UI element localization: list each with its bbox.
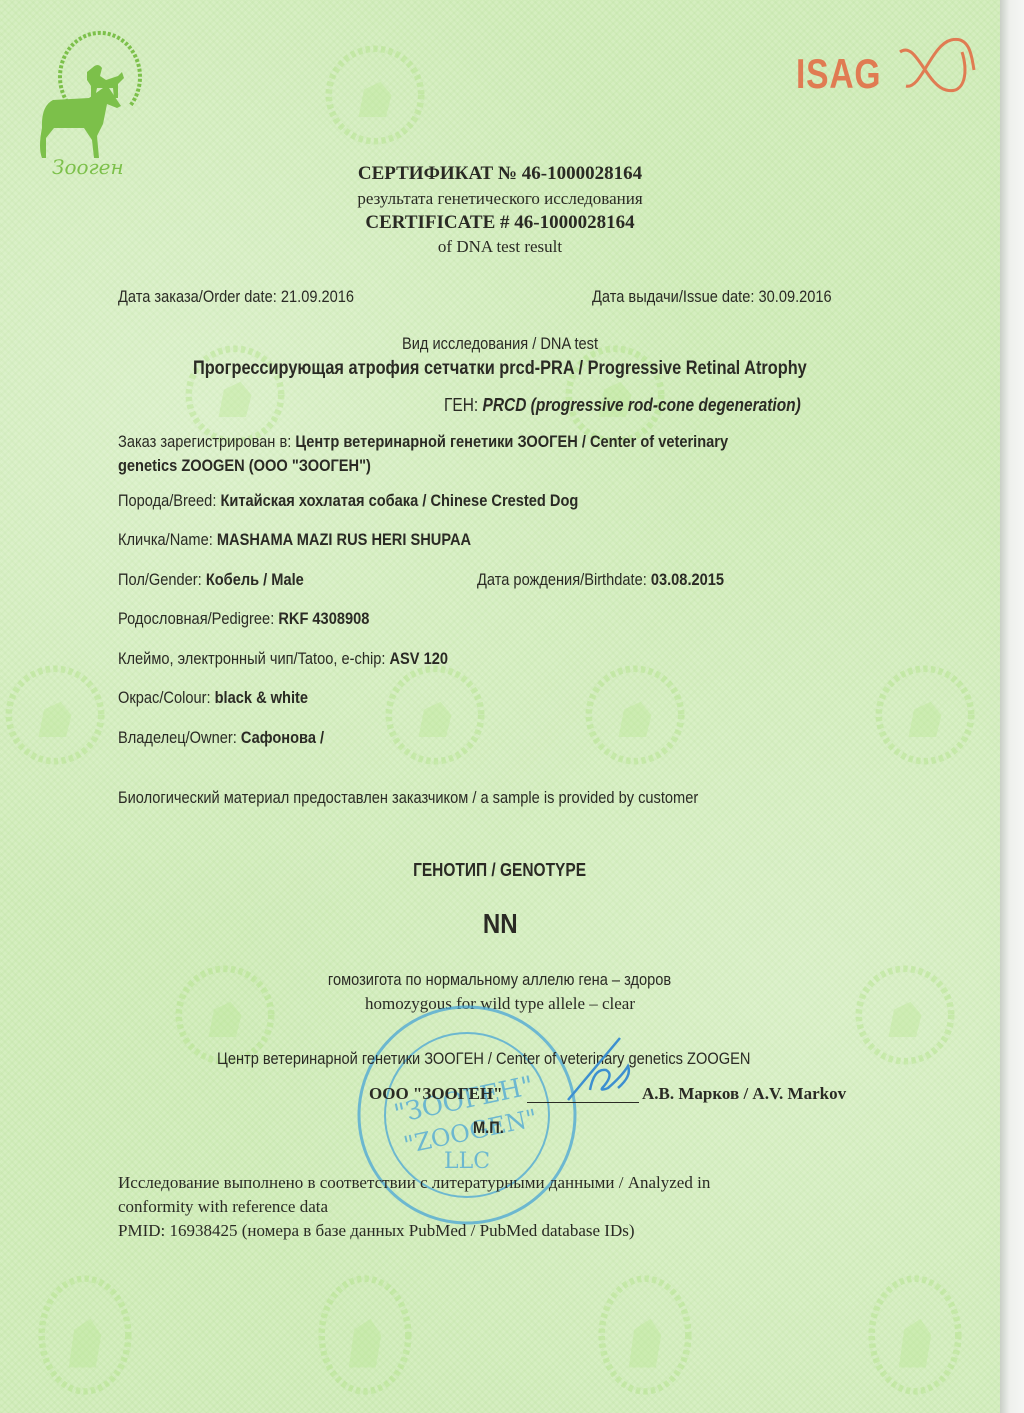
breed-value: Китайская хохлатая собака / Chinese Cres… bbox=[220, 491, 578, 510]
certificate-title-en: CERTIFICATE # 46-1000028164 bbox=[0, 212, 1000, 234]
registered-at: Заказ зарегистрирован в: Центр ветеринар… bbox=[118, 432, 827, 452]
chip-label: Клеймо, электронный чип/Tatoo, e-chip: bbox=[118, 649, 385, 668]
gene-label: ГЕН: bbox=[444, 395, 478, 415]
order-date: Дата заказа/Order date: 21.09.2016 bbox=[118, 287, 392, 307]
birthdate-value: 03.08.2015 bbox=[651, 570, 724, 589]
registered-label: Заказ зарегистрирован в: bbox=[118, 432, 291, 451]
owner-label: Владелец/Owner: bbox=[118, 728, 237, 747]
signoff-signer: А.В. Марков / A.V. Markov bbox=[642, 1084, 846, 1104]
gender: Пол/Gender: Кобель / Male bbox=[118, 570, 334, 590]
issue-date: Дата выдачи/Issue date: 30.09.2016 bbox=[592, 287, 871, 307]
watermark-emblem-icon bbox=[580, 660, 690, 770]
genotype-value: NN bbox=[0, 908, 1000, 941]
issue-date-value: 30.09.2016 bbox=[758, 287, 831, 306]
footer-pmid: PMID: 16938425 (номера в базе данных Pub… bbox=[118, 1221, 635, 1241]
certificate-subtitle-ru: результата генетического исследования bbox=[0, 189, 1000, 209]
chip-value: ASV 120 bbox=[389, 649, 448, 668]
isag-logo: ISAG bbox=[796, 50, 903, 98]
genotype-description-ru: гомозигота по нормальному аллелю гена – … bbox=[0, 970, 1000, 990]
birthdate: Дата рождения/Birthdate: 03.08.2015 bbox=[477, 570, 764, 590]
watermark-emblem-icon bbox=[590, 1270, 700, 1400]
owner-value: Сафонова / bbox=[241, 728, 324, 747]
official-stamp-icon: "ЗООГЕН" "ZOOGEN" LLC bbox=[352, 1000, 582, 1230]
gender-label: Пол/Gender: bbox=[118, 570, 202, 589]
isag-logo-text: ISAG bbox=[796, 50, 881, 98]
order-date-value: 21.09.2016 bbox=[281, 287, 354, 306]
dna-test-name: Прогрессирующая атрофия сетчатки prcd-PR… bbox=[0, 358, 1000, 380]
registered-value: Центр ветеринарной генетики ЗООГЕН / Cen… bbox=[295, 432, 728, 451]
issue-date-label: Дата выдачи/Issue date: bbox=[592, 287, 754, 306]
pedigree-label: Родословная/Pedigree: bbox=[118, 609, 274, 628]
order-date-label: Дата заказа/Order date: bbox=[118, 287, 277, 306]
watermark-emblem-icon bbox=[380, 660, 490, 770]
colour-label: Окрас/Colour: bbox=[118, 688, 211, 707]
pedigree: Родословная/Pedigree: RKF 4308908 bbox=[118, 609, 410, 629]
registered-at-line2: genetics ZOOGEN (ООО "ЗООГЕН") bbox=[118, 456, 412, 476]
watermark-emblem-icon bbox=[0, 660, 110, 770]
signature-icon bbox=[560, 1030, 640, 1110]
gender-value: Кобель / Male bbox=[206, 570, 304, 589]
signoff-company: ООО "ЗООГЕН" bbox=[369, 1084, 503, 1104]
watermark-emblem-icon bbox=[30, 1270, 140, 1400]
dna-helix-icon bbox=[896, 30, 976, 100]
watermark-emblem-icon bbox=[870, 660, 980, 770]
gene-value: PRCD (progressive rod-cone degeneration) bbox=[483, 395, 801, 415]
chip: Клеймо, электронный чип/Tatoo, e-chip: A… bbox=[118, 649, 502, 669]
signoff-org: Центр ветеринарной генетики ЗООГЕН / Cen… bbox=[217, 1049, 837, 1069]
scan-edge bbox=[1000, 0, 1024, 1413]
birthdate-label: Дата рождения/Birthdate: bbox=[477, 570, 647, 589]
pedigree-value: RKF 4308908 bbox=[278, 609, 369, 628]
gene: ГЕН: PRCD (progressive rod-cone degenera… bbox=[444, 395, 859, 416]
footer-line1: Исследование выполнено в соответствии с … bbox=[118, 1173, 710, 1193]
colour-value: black & white bbox=[215, 688, 308, 707]
dog-name: Кличка/Name: MASHAMA MAZI RUS HERI SHUPA… bbox=[118, 530, 529, 550]
zoogen-logo-icon: Зооген bbox=[30, 28, 150, 178]
watermark-emblem-icon bbox=[860, 1270, 970, 1400]
name-label: Кличка/Name: bbox=[118, 530, 213, 549]
certificate-title-ru: СЕРТИФИКАТ № 46-1000028164 bbox=[0, 163, 1000, 185]
colour: Окрас/Colour: black & white bbox=[118, 688, 339, 708]
name-value: MASHAMA MAZI RUS HERI SHUPAA bbox=[217, 530, 471, 549]
certificate-subtitle-en: of DNA test result bbox=[0, 237, 1000, 257]
watermark-emblem-icon bbox=[310, 1270, 420, 1400]
breed-label: Порода/Breed: bbox=[118, 491, 216, 510]
footer-line2: conformity with reference data bbox=[118, 1197, 328, 1217]
watermark-emblem-icon bbox=[320, 40, 430, 150]
dna-test-heading: Вид исследования / DNA test bbox=[0, 334, 1000, 354]
genotype-heading: ГЕНОТИП / GENOTYPE bbox=[0, 860, 1000, 881]
seal-mark: М.П. bbox=[473, 1118, 509, 1138]
certificate-page: Зооген ISAG СЕРТИФИКАТ № 46-1000028164 р… bbox=[0, 0, 1000, 1413]
owner: Владелец/Owner: Сафонова / bbox=[118, 728, 358, 748]
breed: Порода/Breed: Китайская хохлатая собака … bbox=[118, 491, 653, 511]
svg-text:LLC: LLC bbox=[444, 1149, 490, 1174]
sample-note: Биологический материал предоставлен зака… bbox=[118, 788, 793, 808]
